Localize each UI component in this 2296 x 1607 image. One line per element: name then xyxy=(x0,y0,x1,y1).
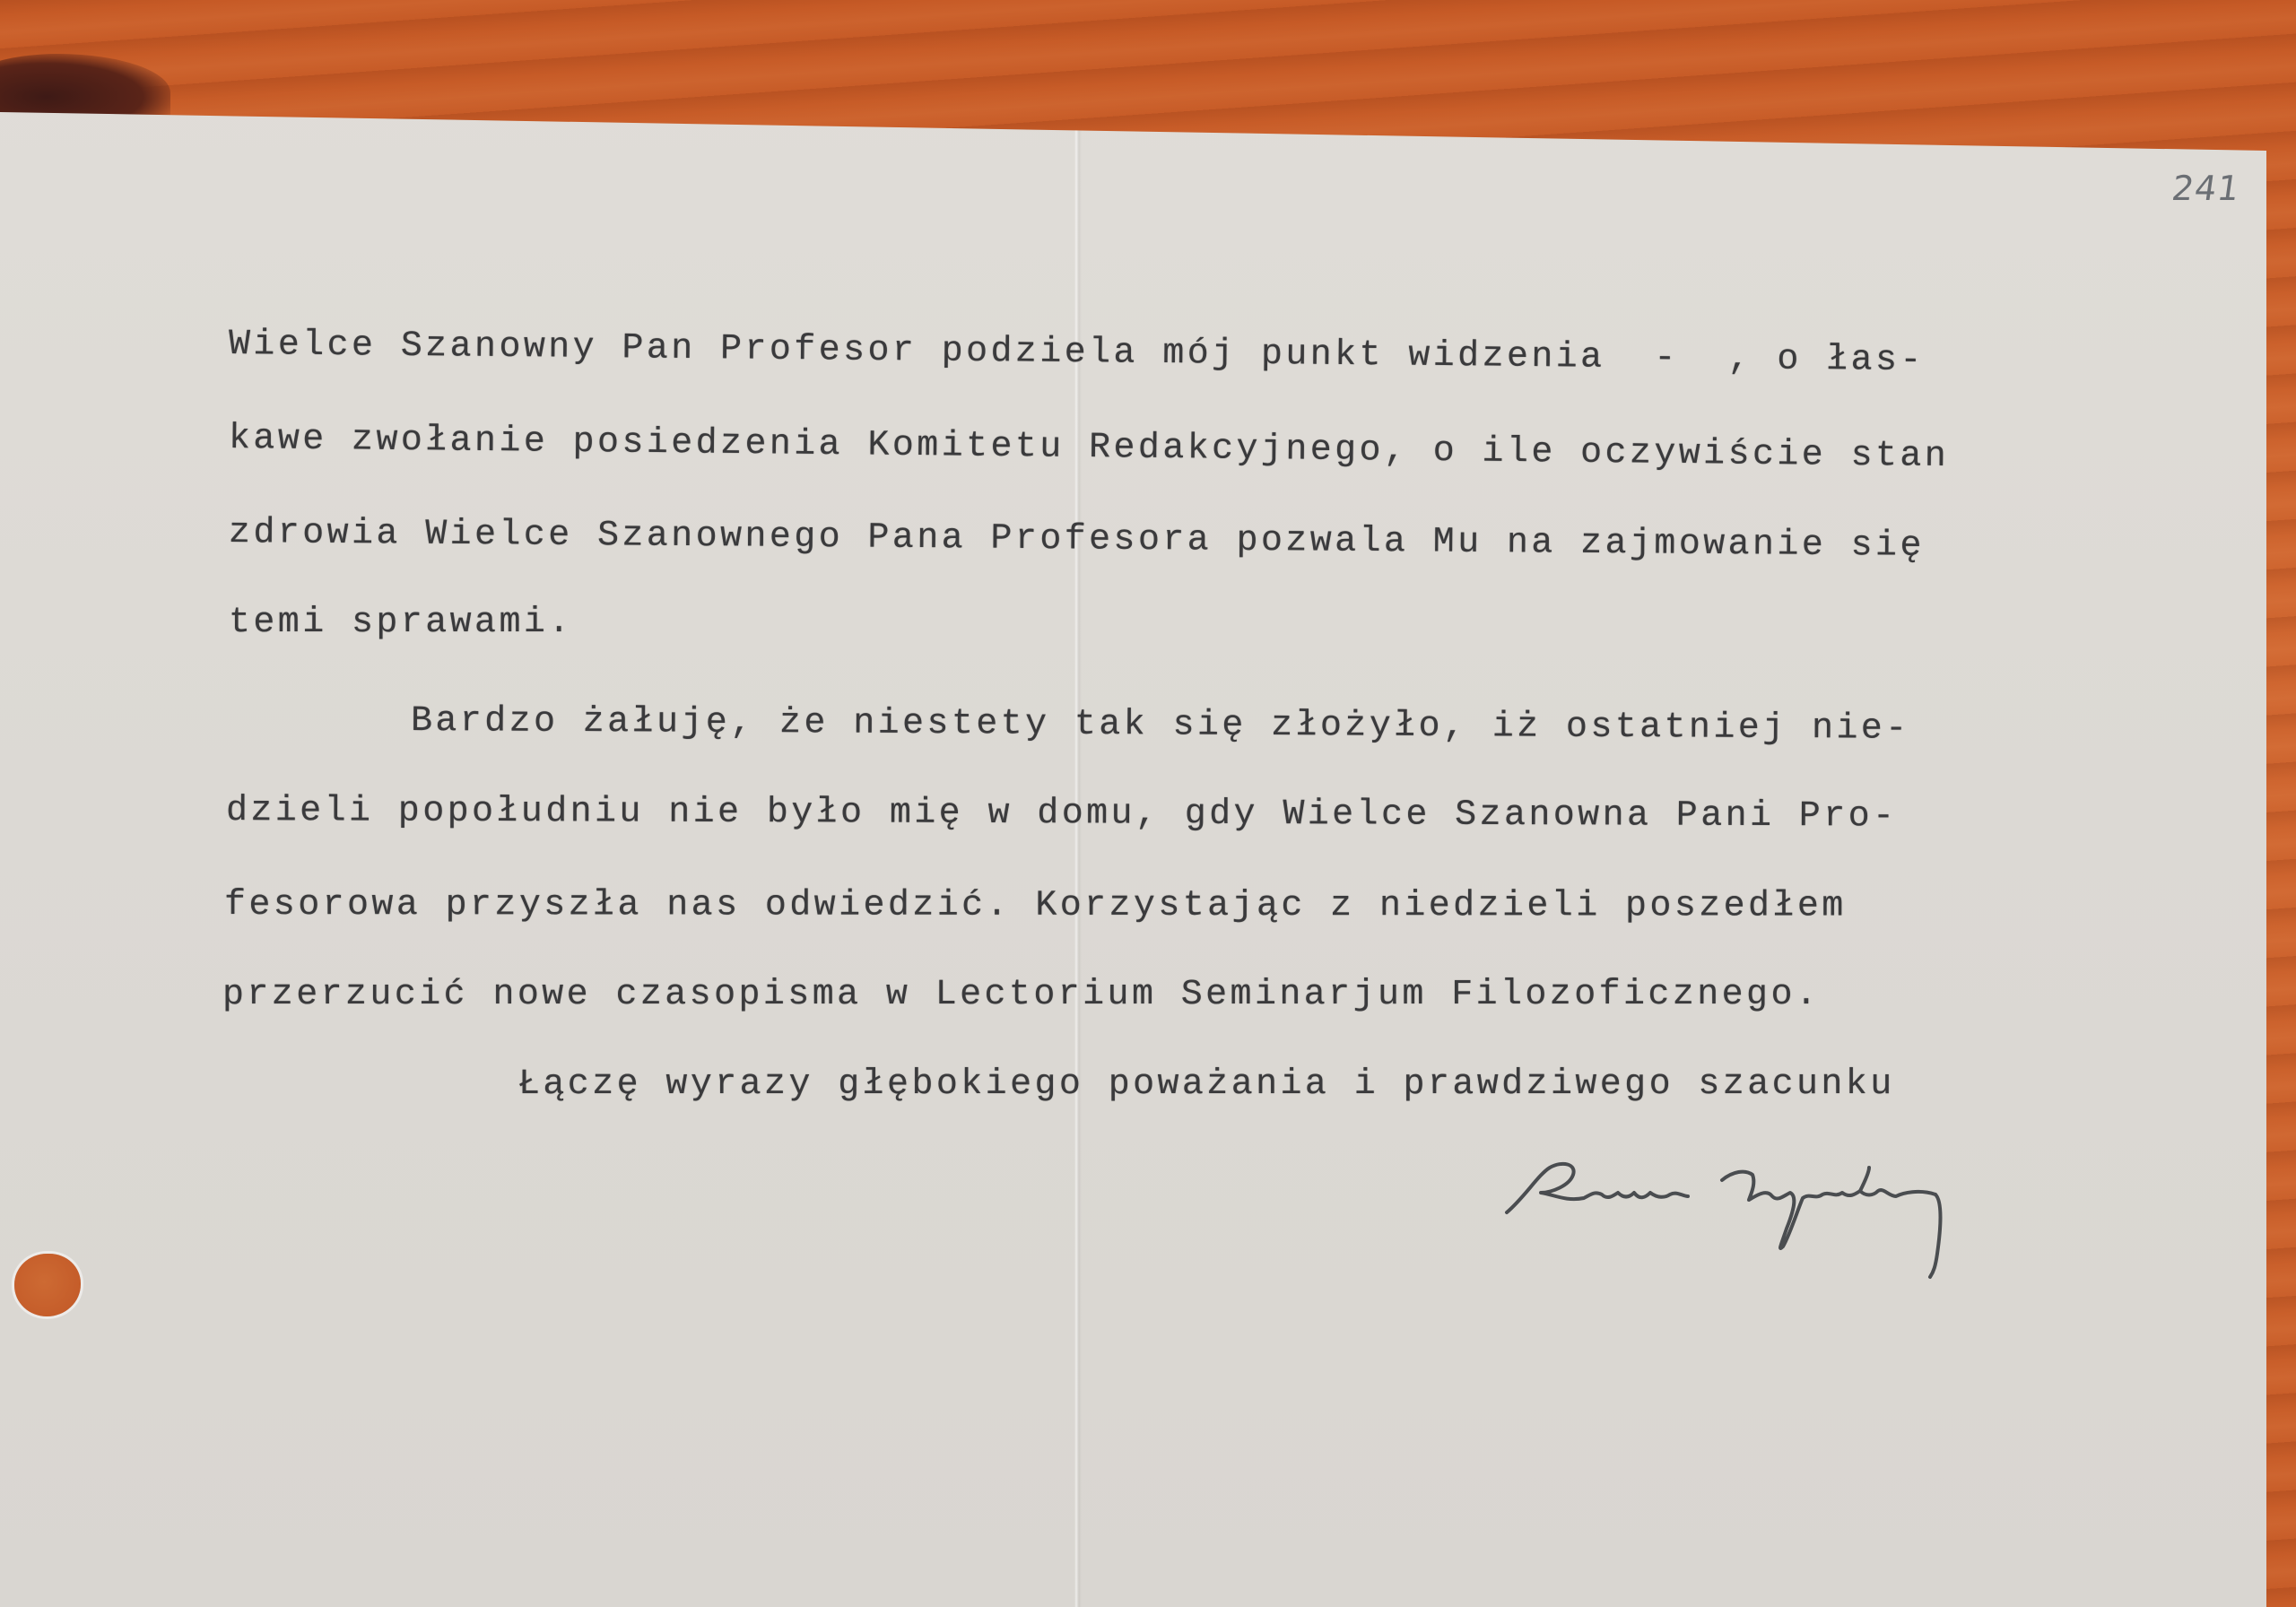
text-line-4: temi sprawami. xyxy=(229,603,573,643)
text-line-3: zdrowia Wielce Szanownego Pana Profesora… xyxy=(229,513,1925,567)
closing-line: Łączę wyrazy głębokiego poważania i praw… xyxy=(518,1064,1895,1105)
text-line-1: Wielce Szanowny Pan Profesor podziela mó… xyxy=(229,325,1925,381)
text-line-2: kawe zwołanie posiedzenia Komitetu Redak… xyxy=(229,419,1950,477)
text-line-7: fesorowa przyszła nas odwiedzić. Korzyst… xyxy=(224,885,1847,927)
handwritten-signature xyxy=(1498,1148,1982,1291)
text-line-8: przerzucić nowe czasopisma w Lectorium S… xyxy=(222,975,1820,1015)
signature-stroke-icon xyxy=(1498,1148,1982,1291)
letter-body: Wielce Szanowny Pan Profesor podziela mó… xyxy=(0,0,2296,1607)
text-line-5: Bardzo żałuję, że niestety tak się złoży… xyxy=(411,701,1910,750)
text-line-6: dzieli popołudniu nie było mię w domu, g… xyxy=(226,791,1898,838)
